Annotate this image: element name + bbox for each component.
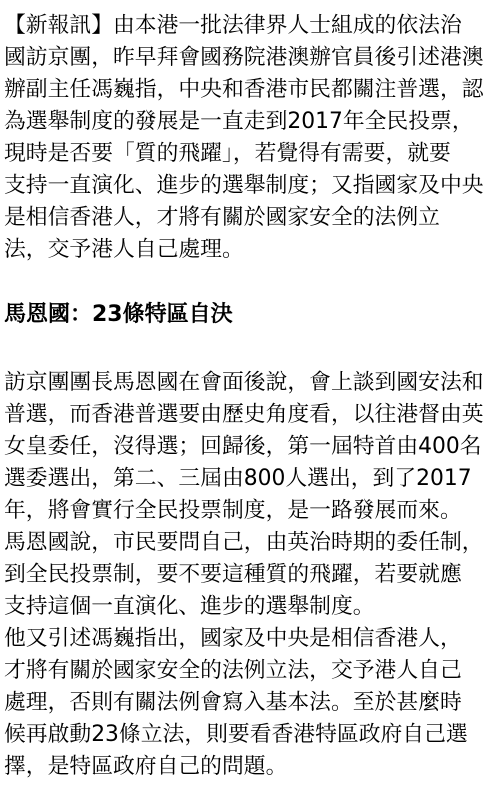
text-line: 選委選出，第二、三屆由800人選出，到了2017 — [4, 463, 486, 495]
text-line: 馬恩國說，市民要問自己，由英治時期的委任制， — [4, 527, 486, 559]
text-line: 年，將會實行全民投票制度，是一路發展而來。 — [4, 495, 486, 527]
text-line: 國訪京團，昨早拜會國務院港澳辦官員後引述港澳 — [4, 42, 486, 74]
text-line: 支持這個一直演化、進步的選舉制度。 — [4, 591, 486, 623]
text-line: 訪京團團長馬恩國在會面後說，會上談到國安法和 — [4, 367, 486, 399]
text-line: 是相信香港人，才將有關於國家安全的法例立 — [4, 202, 486, 234]
text-line: 為選舉制度的發展是一直走到2017年全民投票， — [4, 106, 486, 138]
text-line: 【新報訊】由本港一批法律界人士組成的依法治 — [4, 10, 486, 42]
text-line: 女皇委任，沒得選；回歸後，第一屆特首由400名 — [4, 431, 486, 463]
text-line: 才將有關於國家安全的法例立法，交予港人自己 — [4, 655, 486, 687]
text-line: 現時是否要「質的飛躍」，若覺得有需要，就要 — [4, 138, 486, 170]
text-line: 法，交予港人自己處理。 — [4, 234, 486, 266]
text-line: 處理，否則有關法例會寫入基本法。至於甚麼時 — [4, 687, 486, 719]
body-paragraph: 訪京團團長馬恩國在會面後說，會上談到國安法和 普選，而香港普選要由歷史角度看，以… — [4, 367, 486, 783]
article-body: 【新報訊】由本港一批法律界人士組成的依法治 國訪京團，昨早拜會國務院港澳辦官員後… — [0, 0, 486, 783]
text-line: 支持一直演化、進步的選舉制度；又指國家及中央 — [4, 170, 486, 202]
text-line: 到全民投票制，要不要這種質的飛躍，若要就應 — [4, 559, 486, 591]
text-line: 辦副主任馮巍指，中央和香港市民都關注普選，認 — [4, 74, 486, 106]
text-line: 他又引述馮巍指出，國家及中央是相信香港人， — [4, 623, 486, 655]
text-line: 候再啟動23條立法，則要看香港特區政府自己選 — [4, 719, 486, 751]
text-line: 擇，是特區政府自己的問題。 — [4, 751, 486, 783]
text-line: 普選，而香港普選要由歷史角度看，以往港督由英 — [4, 399, 486, 431]
lead-paragraph: 【新報訊】由本港一批法律界人士組成的依法治 國訪京團，昨早拜會國務院港澳辦官員後… — [4, 10, 486, 266]
article-subheading: 馬恩國：23條特區自決 — [4, 299, 486, 331]
